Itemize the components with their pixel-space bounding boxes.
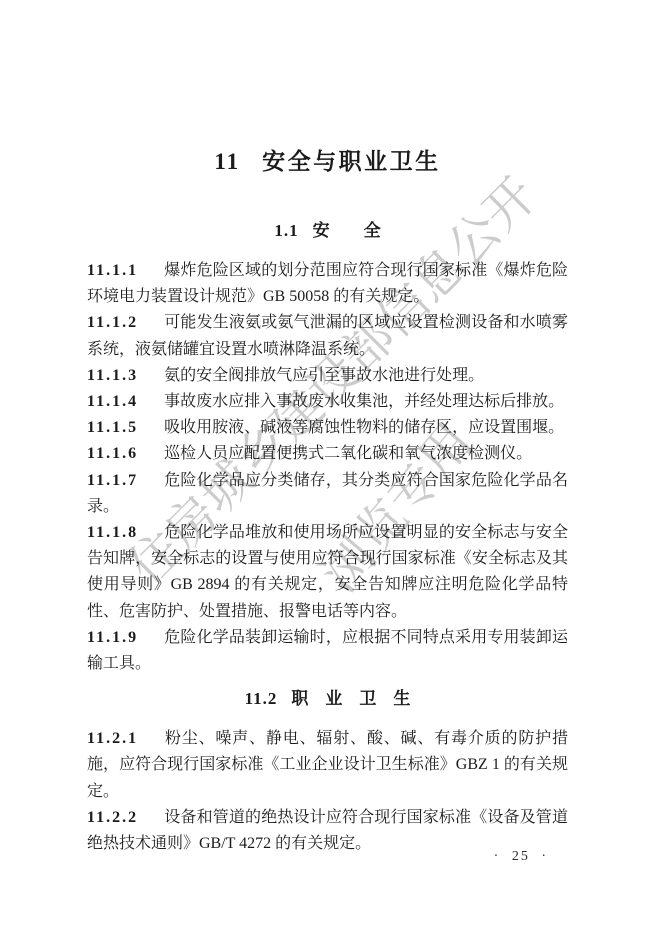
clause-text: 事故废水应排入事故废水收集池，并经处理达标后排放。 <box>164 393 564 410</box>
clause-number: 11.2.1 <box>87 730 138 747</box>
clause: 11.2.1粉尘、噪声、静电、辐射、酸、碱、有毒介质的防护措施，应符合现行国家标… <box>87 726 568 805</box>
clause-text: 吸收用胺液、碱液等腐蚀性物料的储存区，应设置围堰。 <box>164 419 564 436</box>
chapter-title-text: 安全与职业卫生 <box>262 149 441 174</box>
clause-text: 粉尘、噪声、静电、辐射、酸、碱、有毒介质的防护措施，应符合现行国家标准《工业企业… <box>87 730 568 799</box>
clause-number: 11.1.5 <box>87 419 138 436</box>
clause: 11.1.8危险化学品堆放和使用场所应设置明显的安全标志与安全告知牌，安全标志的… <box>87 520 568 625</box>
clause-number: 11.1.6 <box>87 445 138 462</box>
section-heading-safety: 1.1安 全 <box>87 220 568 242</box>
clause-text: 可能发生液氨或氨气泄漏的区域应设置检测设备和水喷雾系统，液氨储罐宜设置水喷淋降温… <box>87 314 568 357</box>
clause-text: 氨的安全阀排放气应引至事故水池进行处理。 <box>164 367 484 384</box>
clause-text: 爆炸危险区域的划分范围应符合现行国家标准《爆炸危险环境电力装置设计规范》GB 5… <box>87 262 568 305</box>
section-number: 1.1 <box>274 221 298 240</box>
clause: 11.1.1爆炸危险区域的划分范围应符合现行国家标准《爆炸危险环境电力装置设计规… <box>87 258 568 310</box>
clause: 11.1.9危险化学品装卸运输时，应根据不同特点采用专用装卸运输工具。 <box>87 625 568 677</box>
section-heading-occupational-health: 11.2职 业 卫 生 <box>87 688 568 710</box>
clause-text: 设备和管道的绝热设计应符合现行国家标准《设备及管道绝热技术通则》GB/T 427… <box>87 809 568 852</box>
page-number: · 25 · <box>494 849 548 865</box>
clause: 11.1.5吸收用胺液、碱液等腐蚀性物料的储存区，应设置围堰。 <box>87 415 568 441</box>
clause-number: 11.1.3 <box>87 367 138 384</box>
clause-number: 11.1.4 <box>87 393 138 410</box>
clause: 11.1.4事故废水应排入事故废水收集池，并经处理达标后排放。 <box>87 389 568 415</box>
section-safety-clauses: 11.1.1爆炸危险区域的划分范围应符合现行国家标准《爆炸危险环境电力装置设计规… <box>87 258 568 677</box>
document-page: 住房城乡建设部信息公开 浏览专用 11安全与职业卫生 1.1安 全 11.1.1… <box>0 0 652 946</box>
clause-number: 11.1.1 <box>87 262 138 279</box>
section-number: 11.2 <box>245 689 278 708</box>
clause: 11.1.6巡检人员应配置便携式二氧化碳和氧气浓度检测仪。 <box>87 441 568 467</box>
clause-number: 11.1.2 <box>87 314 138 331</box>
section-occupational-health-clauses: 11.2.1粉尘、噪声、静电、辐射、酸、碱、有毒介质的防护措施，应符合现行国家标… <box>87 726 568 857</box>
section-title-text: 职 业 卫 生 <box>291 689 410 708</box>
clause-number: 11.1.7 <box>87 472 138 489</box>
page-content: 11安全与职业卫生 1.1安 全 11.1.1爆炸危险区域的划分范围应符合现行国… <box>87 0 568 857</box>
chapter-number: 11 <box>214 149 240 174</box>
clause-text: 危险化学品应分类储存，其分类应符合国家危险化学品名录。 <box>87 472 568 515</box>
clause: 11.1.2可能发生液氨或氨气泄漏的区域应设置检测设备和水喷雾系统，液氨储罐宜设… <box>87 310 568 362</box>
chapter-title: 11安全与职业卫生 <box>87 148 568 176</box>
clause-text: 危险化学品堆放和使用场所应设置明显的安全标志与安全告知牌，安全标志的设置与使用应… <box>87 524 568 620</box>
clause: 11.1.7危险化学品应分类储存，其分类应符合国家危险化学品名录。 <box>87 468 568 520</box>
clause-text: 危险化学品装卸运输时，应根据不同特点采用专用装卸运输工具。 <box>87 629 568 672</box>
clause-number: 11.1.8 <box>87 524 138 541</box>
section-title-text: 安 全 <box>313 221 381 240</box>
clause: 11.1.3氨的安全阀排放气应引至事故水池进行处理。 <box>87 363 568 389</box>
clause-number: 11.2.2 <box>87 809 138 826</box>
clause-number: 11.1.9 <box>87 629 138 646</box>
clause-text: 巡检人员应配置便携式二氧化碳和氧气浓度检测仪。 <box>164 445 532 462</box>
